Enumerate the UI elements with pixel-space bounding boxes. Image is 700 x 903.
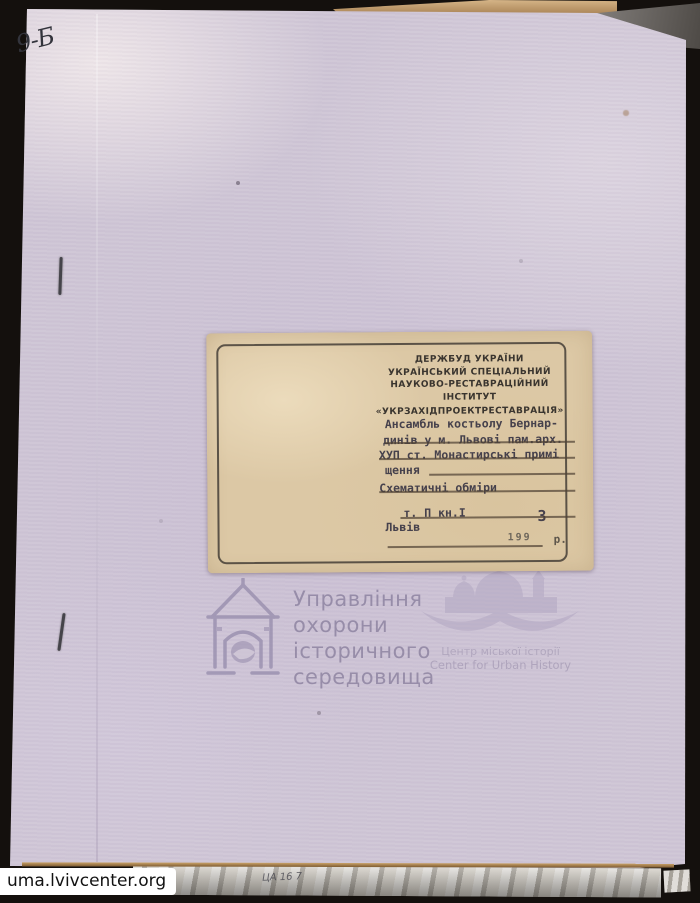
- cover-crease: [96, 14, 98, 862]
- church-and-book-icon: [413, 563, 588, 655]
- urban-history-center-name-en: Center for Urban History: [413, 658, 588, 672]
- page-edges-strip: [663, 869, 690, 892]
- urban-history-center-name-uk: Центр міської історії: [418, 645, 583, 658]
- title-line: ХУП ст. Монастирські примі: [379, 447, 559, 462]
- city-name: Львів: [385, 520, 420, 534]
- year-blank: 199: [508, 532, 532, 543]
- institute-header-line: ІНСТИТУТ: [357, 390, 583, 404]
- title-line: щення: [385, 463, 420, 477]
- paper-specks: [0, 0, 2, 2]
- institute-header-line: НАУКОВО-РЕСТАВРАЦІЙНИЙ: [356, 378, 582, 392]
- cover-bottom-edge: [22, 862, 674, 867]
- title-line: динів у м. Львові пам.арх.: [383, 432, 563, 447]
- page-edges-strip: [133, 866, 661, 898]
- archive-label: ДЕРЖБУД УКРАЇНИ УКРАЇНСЬКИЙ СПЕЦІАЛЬНИЙ …: [206, 331, 594, 574]
- year-unit: р.: [554, 533, 567, 546]
- edge-handwritten-note: ЦА 16 7: [262, 871, 302, 883]
- gate-tower-icon: [202, 578, 284, 684]
- title-line: Ансамбль костьолу Бернар-: [385, 416, 558, 431]
- survey-type: Схематичні обміри: [379, 480, 497, 495]
- source-badge: uma.lvivcenter.org: [0, 868, 176, 895]
- institute-header: ДЕРЖБУД УКРАЇНИ УКРАЇНСЬКИЙ СПЕЦІАЛЬНИЙ …: [356, 353, 582, 419]
